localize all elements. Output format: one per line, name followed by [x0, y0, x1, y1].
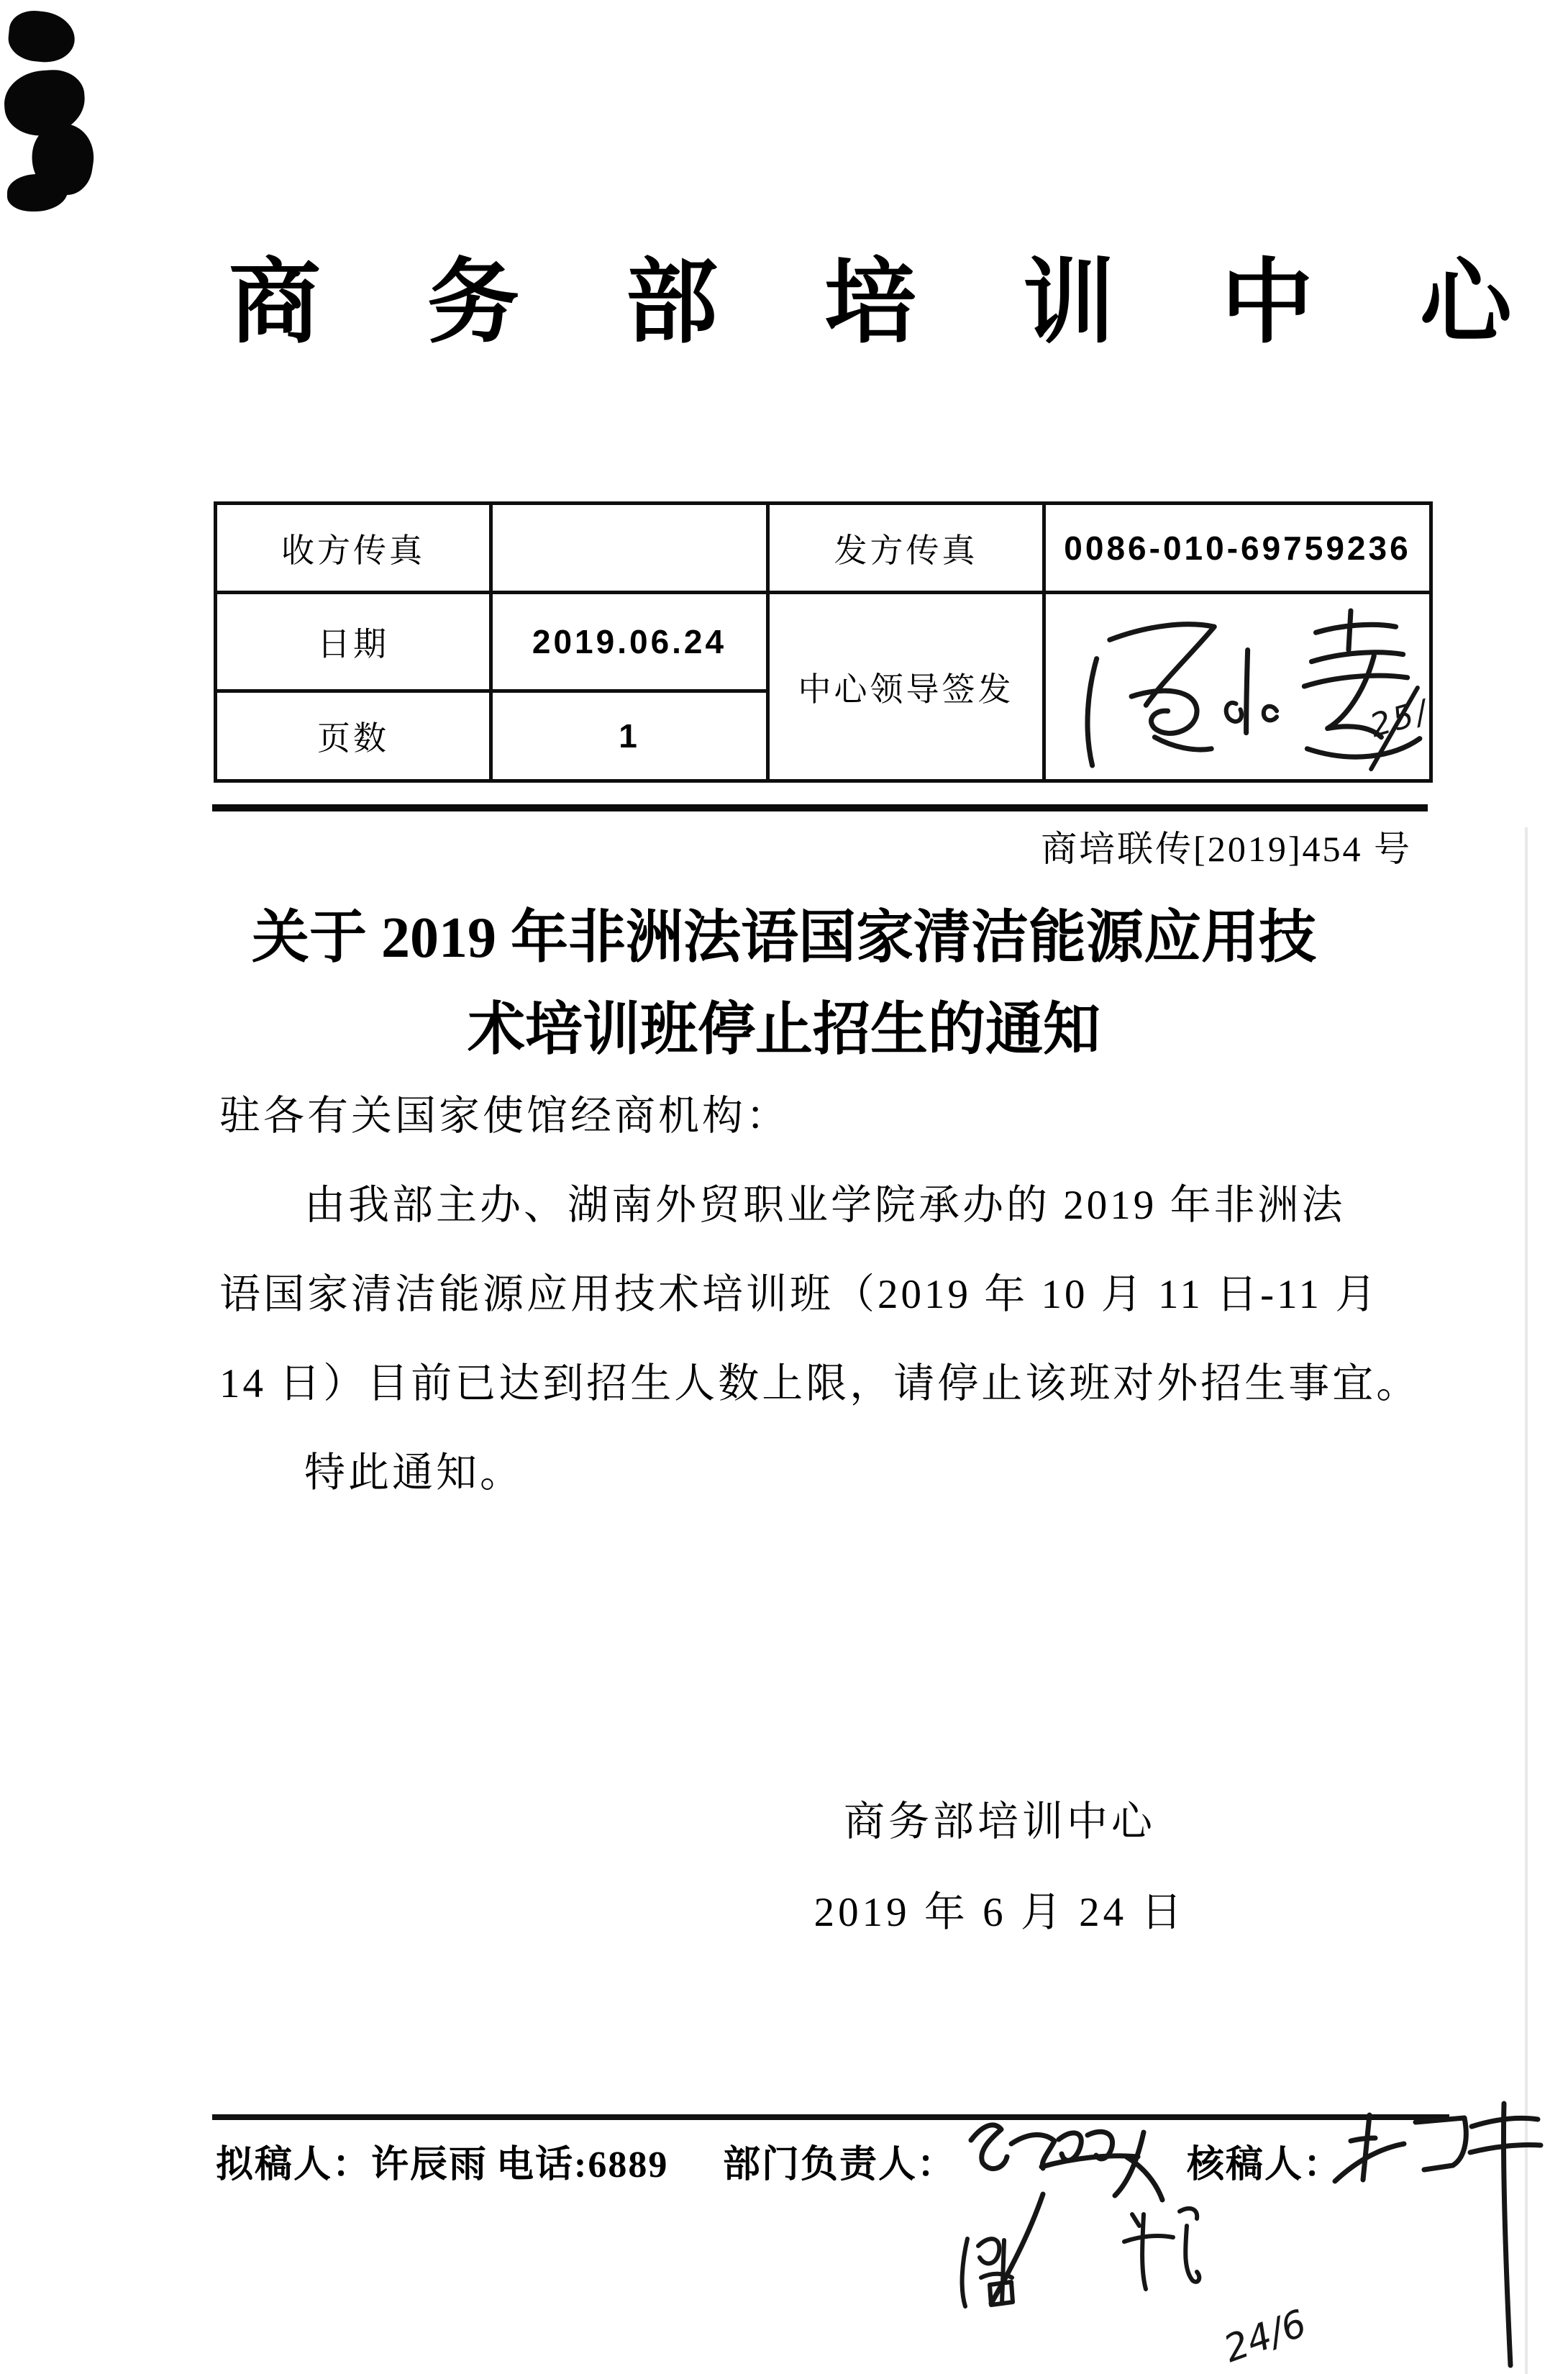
- sender-fax-label-cell: 发方传真: [768, 504, 1044, 593]
- phone-value: 6889: [588, 2145, 668, 2186]
- body-line-3: 14 日）目前已达到招生人数上限，请停止该班对外招生事宜。: [219, 1340, 1435, 1429]
- signoff-block: 商务部培训中心 2019 年 6 月 24 日: [777, 1777, 1223, 1958]
- leader-sign-cell: 25/6: [1044, 593, 1431, 781]
- dept-head-seal-scribble: [962, 2239, 1013, 2306]
- document-body: 驻各有关国家使馆经商机构： 由我部主办、湖南外贸职业学院承办的 2019 年非洲…: [219, 1072, 1435, 1518]
- signoff-date: 2019 年 6 月 24 日: [777, 1868, 1223, 1958]
- date-value-cell: 2019.06.24: [491, 593, 768, 691]
- phone-item: 电话:6889: [496, 2134, 668, 2188]
- subject-title: 关于 2019 年非洲法语国家清洁能源应用技 术培训班停止招生的通知: [137, 892, 1431, 1076]
- leader-sign-date-handwritten: 25/6: [1366, 686, 1429, 745]
- subject-title-line1: 关于 2019 年非洲法语国家清洁能源应用技: [137, 892, 1431, 984]
- header-divider-rule: [212, 804, 1428, 811]
- document-number: 商培联传[2019]454 号: [212, 820, 1412, 872]
- pages-value-cell: 1: [491, 691, 768, 781]
- reviewer-signature: [1335, 2104, 1541, 2365]
- footer-signatures: 24/6: [827, 2072, 1568, 2374]
- sender-fax-value-cell: 0086-010-69759236: [1044, 504, 1431, 593]
- closing-line: 特此通知。: [219, 1429, 1435, 1518]
- leader-sign-label-cell: 中心领导签发: [768, 593, 1044, 781]
- date-label-cell: 日期: [216, 593, 491, 691]
- center-leader-signature: 25/6: [1046, 594, 1429, 779]
- scan-artifact-blob: [7, 174, 68, 212]
- subject-title-line2: 术培训班停止招生的通知: [137, 984, 1431, 1076]
- body-line-2: 语国家清洁能源应用技术培训班（2019 年 10 月 11 日-11 月: [219, 1250, 1435, 1340]
- scan-artifact-blob: [6, 8, 78, 65]
- document-header: 商 务 部 培 训 中 心传 真: [229, 249, 1568, 357]
- footer-sign-date-handwritten: 24/6: [1218, 2302, 1312, 2371]
- center-leader-signature-strokes: [1088, 611, 1420, 769]
- drafter-name: 许辰雨: [371, 2145, 488, 2186]
- org-title: 商 务 部 培 训 中 心: [229, 252, 1554, 354]
- recipient-fax-label-cell: 收方传真: [216, 504, 491, 593]
- fax-info-table: 收方传真 发方传真 0086-010-69759236 日期 2019.06.2…: [214, 501, 1433, 783]
- recipient-fax-value-cell: [491, 504, 768, 593]
- pages-label-cell: 页数: [216, 691, 491, 781]
- secondary-scribble: [1124, 2209, 1199, 2289]
- fax-document-page: 商 务 部 培 训 中 心传 真 收方传真 发方传真 0086-010-6975…: [0, 0, 1568, 2374]
- drafter-item: 拟稿人：许辰雨: [216, 2134, 488, 2188]
- body-line-1: 由我部主办、湖南外贸职业学院承办的 2019 年非洲法: [219, 1161, 1435, 1250]
- drafter-label: 拟稿人：: [216, 2145, 371, 2186]
- phone-label: 电话:: [496, 2145, 588, 2186]
- salutation-line: 驻各有关国家使馆经商机构：: [219, 1072, 1435, 1161]
- signoff-org: 商务部培训中心: [777, 1777, 1223, 1868]
